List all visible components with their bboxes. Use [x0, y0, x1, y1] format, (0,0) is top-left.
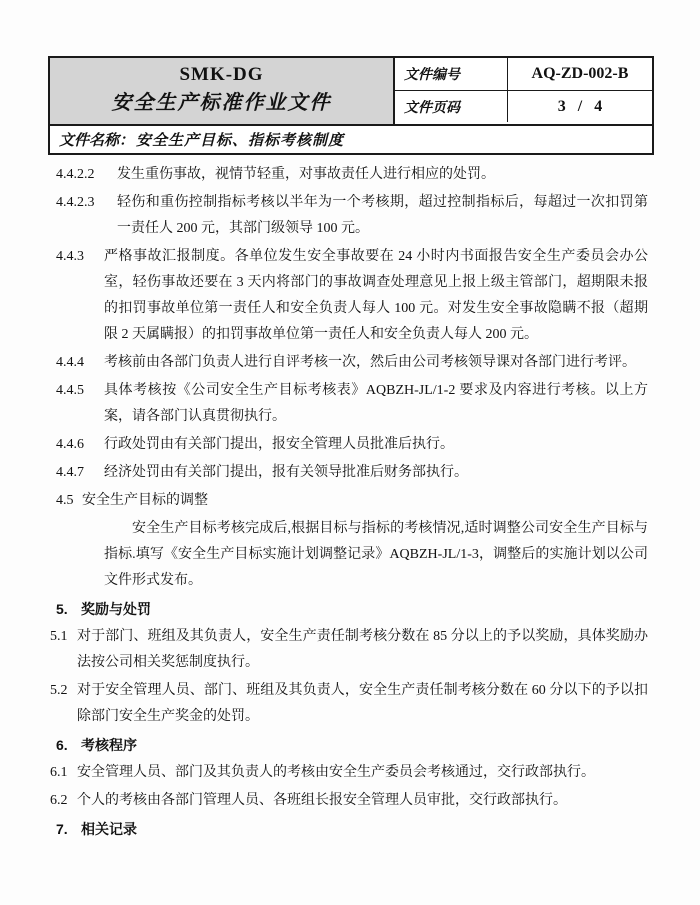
clause-4-4-2-3: 4.4.2.3 轻伤和重伤控制指标考核以半年为一个考核期，超过控制指标后，每超过…	[56, 190, 648, 242]
header-table-right: 文件编号 AQ-ZD-002-B 文件页码 3 / 4	[395, 58, 652, 124]
section-title: 奖励与处罚	[81, 596, 648, 622]
doc-name-label: 文件名称：	[59, 129, 134, 150]
clause-text: 对于部门、班组及其负责人，安全生产责任制考核分数在 85 分以上的予以奖励，具体…	[77, 624, 648, 676]
org-title-cell: SMK-DG 安全生产标准作业文件	[50, 58, 395, 124]
doc-number-value: AQ-ZD-002-B	[508, 58, 652, 90]
clause-4-4-4: 4.4.4 考核前由各部门负责人进行自评考核一次，然后由公司考核领导课对各部门进…	[56, 350, 648, 376]
header-table: SMK-DG 安全生产标准作业文件 文件编号 AQ-ZD-002-B 文件页码 …	[48, 56, 654, 155]
clause-number: 4.4.2.3	[56, 190, 117, 242]
doc-name-row: 文件名称： 安全生产目标、指标考核制度	[50, 124, 652, 153]
clause-4-4-7: 4.4.7 经济处罚由有关部门提出，报有关领导批准后财务部执行。	[56, 460, 648, 486]
doc-type-title: 安全生产标准作业文件	[112, 88, 332, 118]
clause-5-1: 5.1 对于部门、班组及其负责人，安全生产责任制考核分数在 85 分以上的予以奖…	[50, 624, 648, 676]
section-number: 5.	[56, 596, 81, 622]
clause-text: 发生重伤事故，视情节轻重，对事故责任人进行相应的处罚。	[117, 162, 648, 188]
clause-4-4-5: 4.4.5 具体考核按《公司安全生产目标考核表》AQBZH-JL/1-2 要求及…	[56, 378, 648, 430]
page-number-label: 文件页码	[395, 91, 508, 122]
clause-text: 具体考核按《公司安全生产目标考核表》AQBZH-JL/1-2 要求及内容进行考核…	[104, 378, 648, 430]
clause-number: 4.4.3	[56, 244, 104, 348]
section-7-heading: 7. 相关记录	[56, 816, 648, 842]
clause-number: 6.2	[50, 788, 77, 814]
clause-text: 安全生产目标的调整	[82, 488, 648, 514]
doc-number-row: 文件编号 AQ-ZD-002-B	[395, 58, 652, 91]
clause-number: 4.4.6	[56, 432, 104, 458]
page-number-row: 文件页码 3 / 4	[395, 91, 652, 122]
clause-number: 5.1	[50, 624, 77, 676]
section-6-heading: 6. 考核程序	[56, 732, 648, 758]
section-number: 6.	[56, 732, 81, 758]
clause-number: 4.4.2.2	[56, 162, 117, 188]
section-5-heading: 5. 奖励与处罚	[56, 596, 648, 622]
clause-text: 安全管理人员、部门及其负责人的考核由安全生产委员会考核通过，交行政部执行。	[77, 760, 648, 786]
clause-6-1: 6.1 安全管理人员、部门及其负责人的考核由安全生产委员会考核通过，交行政部执行…	[50, 760, 648, 786]
clause-4-4-2-2: 4.4.2.2 发生重伤事故，视情节轻重，对事故责任人进行相应的处罚。	[56, 162, 648, 188]
clause-text: 经济处罚由有关部门提出，报有关领导批准后财务部执行。	[104, 460, 648, 486]
clause-4-5: 4.5 安全生产目标的调整	[56, 488, 648, 514]
clause-4-4-3: 4.4.3 严格事故汇报制度。各单位发生安全事故要在 24 小时内书面报告安全生…	[56, 244, 648, 348]
clause-text: 个人的考核由各部门管理人员、各班组长报安全管理人员审批，交行政部执行。	[77, 788, 648, 814]
org-code: SMK-DG	[179, 62, 263, 88]
section-number: 7.	[56, 816, 81, 842]
document-page: SMK-DG 安全生产标准作业文件 文件编号 AQ-ZD-002-B 文件页码 …	[0, 0, 700, 905]
clause-6-2: 6.2 个人的考核由各部门管理人员、各班组长报安全管理人员审批，交行政部执行。	[50, 788, 648, 814]
clause-number: 6.1	[50, 760, 77, 786]
document-body: 4.4.2.2 发生重伤事故，视情节轻重，对事故责任人进行相应的处罚。 4.4.…	[0, 162, 700, 844]
section-title: 相关记录	[81, 816, 648, 842]
clause-number: 4.4.4	[56, 350, 104, 376]
header-table-top: SMK-DG 安全生产标准作业文件 文件编号 AQ-ZD-002-B 文件页码 …	[50, 58, 652, 124]
clause-5-2: 5.2 对于安全管理人员、部门、班组及其负责人，安全生产责任制考核分数在 60 …	[50, 678, 648, 730]
clause-text: 行政处罚由有关部门提出，报安全管理人员批准后执行。	[104, 432, 648, 458]
clause-text: 对于安全管理人员、部门、班组及其负责人，安全生产责任制考核分数在 60 分以下的…	[77, 678, 648, 730]
section-title: 考核程序	[81, 732, 648, 758]
clause-4-4-6: 4.4.6 行政处罚由有关部门提出，报安全管理人员批准后执行。	[56, 432, 648, 458]
doc-name-value: 安全生产目标、指标考核制度	[136, 129, 344, 150]
clause-text: 严格事故汇报制度。各单位发生安全事故要在 24 小时内书面报告安全生产委员会办公…	[104, 244, 648, 348]
clause-4-5-paragraph: 安全生产目标考核完成后,根据目标与指标的考核情况,适时调整公司安全生产目标与指标…	[104, 516, 648, 594]
clause-number: 4.5	[56, 488, 82, 514]
clause-number: 4.4.7	[56, 460, 104, 486]
clause-number: 4.4.5	[56, 378, 104, 430]
clause-text: 考核前由各部门负责人进行自评考核一次，然后由公司考核领导课对各部门进行考评。	[104, 350, 648, 376]
clause-number: 5.2	[50, 678, 77, 730]
page-number-value: 3 / 4	[508, 91, 652, 122]
clause-text: 轻伤和重伤控制指标考核以半年为一个考核期，超过控制指标后，每超过一次扣罚第一责任…	[117, 190, 648, 242]
doc-number-label: 文件编号	[395, 58, 508, 90]
